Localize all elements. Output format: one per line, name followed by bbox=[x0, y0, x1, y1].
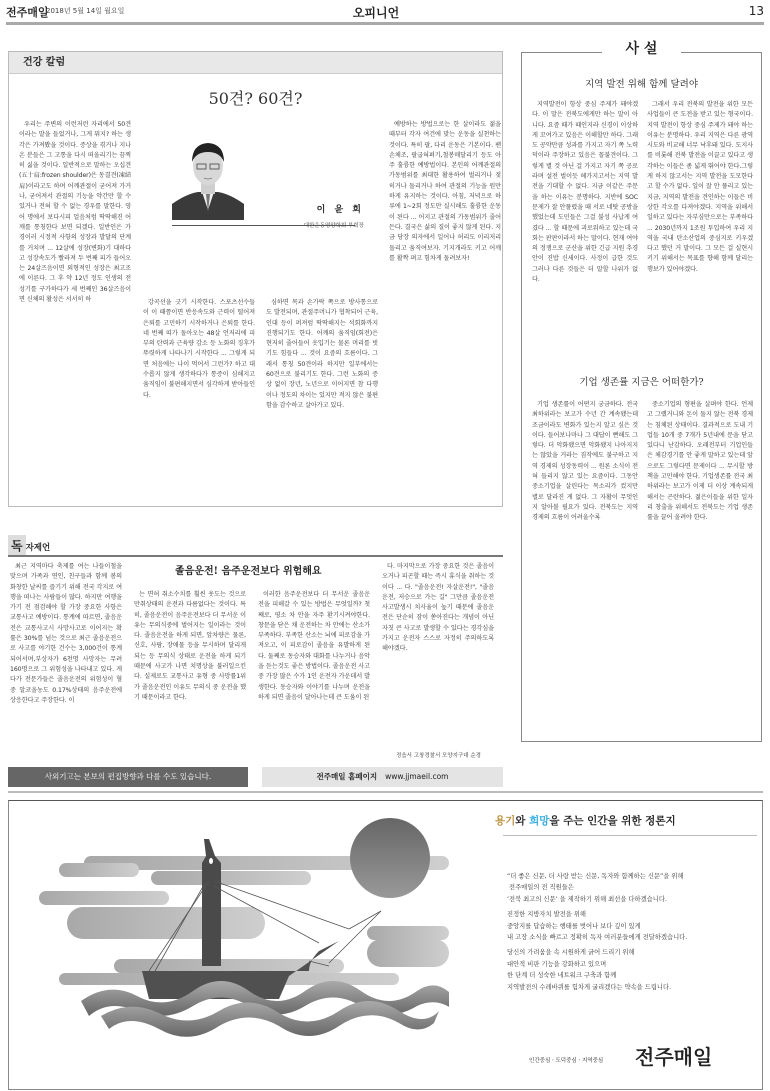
health-text-column-4: 예방하는 방법으로는 한 살이라도 젊을 때부터 각자 여건에 맞는 운동을 실… bbox=[389, 120, 501, 500]
author-photo bbox=[172, 130, 244, 220]
health-text-column-1: 우리는 주변의 이런저런 자리에서 50견이라는 말을 들었거나, 그게 뭐지?… bbox=[19, 120, 131, 500]
editorial-headline-1: 지역 발전 위해 함께 달려야 bbox=[522, 76, 761, 90]
reader-article-title: 졸음운전! 음주운전보다 위험해요 bbox=[175, 562, 322, 577]
reader-text-column-1: 최근 지역마다 축제를 여는 나들이철을 맞으며 가족과 연인, 친구들과 함께… bbox=[10, 562, 122, 750]
page-header: 전주매일 2018년 5월 14일 월요일 오피니언 13 bbox=[6, 4, 764, 20]
issue-date: 2018년 5월 14일 월요일 bbox=[46, 6, 124, 16]
health-text-column-2: 강곡선을 긋기 시작한다. 스포츠선수들이 이 때쯤이면 반응속도와 근력이 떨… bbox=[143, 298, 255, 498]
contribution-disclaimer: 사외기고는 본보의 편집방향과 다를 수도 있습니다. bbox=[8, 767, 248, 787]
newspaper-promo-ad: 용기와 희망을 주는 인간을 위한 정론지 “더 좋은 신문, 더 사랑 받는 … bbox=[8, 800, 763, 1090]
editorial-section: 사 설 지역 발전 위해 함께 달려야 지역발전이 항상 중심 주제가 돼야겠다… bbox=[521, 52, 762, 742]
promo-paragraph-3: 당신의 가려움을 속 시원하게 긁어 드리기 위해 대안적 비판 기능을 강화하… bbox=[507, 947, 687, 993]
homepage-label: 전주매일 홈페이지 bbox=[317, 772, 378, 781]
health-column: 건강 칼럼 50견? 60견? 이 윤 희 대한운동영양학회 부회장 우리는 주… bbox=[8, 51, 503, 507]
reader-signature: 정읍서 고창경찰서 모양지구대 순경 bbox=[396, 751, 481, 759]
page-number: 13 bbox=[749, 4, 764, 18]
health-column-title: 50견? 60견? bbox=[9, 86, 502, 109]
editorial-1-column-1: 지역발전이 항상 중심 주제가 돼야겠다. 이 말은 전북도에게만 하는 말이 … bbox=[532, 100, 638, 362]
promo-slogan: 용기와 희망을 주는 인간을 위한 정론지 bbox=[495, 813, 676, 828]
editorial-2-column-1: 기업 생존률이 어떤지 궁금하다. 전국 최하위라는 보고가 수년 간 계속됐는… bbox=[532, 400, 638, 730]
promo-paragraph-2: 진정한 지방자치 발전을 위해 중앙지를 답습하는 행태를 벗어나 보다 깊이 … bbox=[507, 909, 687, 943]
author-name: 이 윤 희 bbox=[279, 202, 364, 215]
reader-column-mark: 독 bbox=[8, 535, 26, 556]
promo-logo: 전주매일 bbox=[635, 1041, 712, 1070]
masthead-paper-name: 전주매일 bbox=[6, 4, 49, 20]
reader-column-label: 자제언 bbox=[26, 543, 51, 553]
reader-column-header: 독자제언 bbox=[8, 535, 503, 556]
promo-paragraph-1: “더 좋은 신문, 더 사랑 받는 신문, 독자와 함께하는 신문”을 위해 전… bbox=[507, 871, 687, 905]
pen-ship-illustration bbox=[9, 801, 449, 1086]
divider bbox=[172, 225, 355, 226]
divider bbox=[8, 555, 503, 557]
editorial-1-column-2: 그래서 우리 전북의 발전을 위한 모든 사업들이 큰 도전을 받고 있는 형국… bbox=[647, 100, 753, 362]
reader-text-column-4: 다. 마지막으로 가장 중요한 것은 졸음이 오거나 피곤할 때는 즉시 휴식을… bbox=[382, 562, 494, 744]
editorial-headline-2: 기업 생존률 지금은 어떠한가? bbox=[522, 374, 761, 388]
health-column-label: 건강 칼럼 bbox=[9, 52, 502, 74]
header-rule bbox=[6, 22, 764, 25]
health-text-column-3: 심하면 목과 손가락 쪽으로 방사통으로도 발전되며, 관절주머니가 협착되어 … bbox=[266, 298, 378, 498]
reader-text-column-3: 이러한 음주운전보다 더 무서운 졸음운전을 피해갈 수 있는 방법은 무엇일까… bbox=[258, 590, 370, 752]
reader-text-column-2: 는 면허 취소수치를 훨씬 웃도는 것으로 만취상태의 운전과 다름없다는 것이… bbox=[134, 590, 246, 752]
divider bbox=[503, 835, 757, 836]
section-name: 오피니언 bbox=[336, 4, 416, 21]
homepage-url[interactable]: www.jjmaeil.com bbox=[385, 772, 448, 781]
homepage-banner[interactable]: 전주매일 홈페이지www.jjmaeil.com bbox=[262, 767, 503, 787]
promo-motto: 인간중심 · 도덕중심 · 지역중심 bbox=[529, 1056, 603, 1064]
divider bbox=[8, 791, 763, 793]
editorial-label: 사 설 bbox=[522, 38, 761, 58]
promo-body: “더 좋은 신문, 더 사랑 받는 신문, 독자와 함께하는 신문”을 위해 전… bbox=[507, 871, 687, 997]
editorial-2-column-2: 중소기업의 형편을 살펴야 한다. 언제고 그랬거니와 돈이 돌지 않는 전북 … bbox=[647, 400, 753, 730]
